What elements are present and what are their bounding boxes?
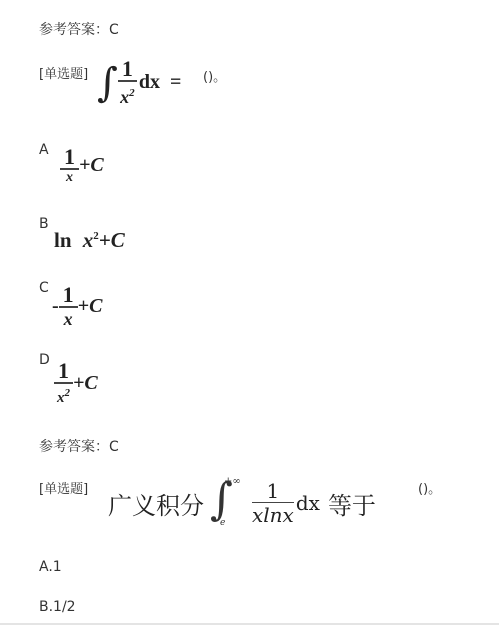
option-c-formula[interactable]: - 1x +C <box>52 284 102 330</box>
answer-blank: ()。 <box>203 66 226 85</box>
option-a[interactable]: A.1 <box>39 559 62 575</box>
question-stem-formula: 广义积分 ∫ +∞ e 1 xlnx dx 等于 <box>108 478 376 528</box>
option-b[interactable]: B.1/2 <box>39 599 76 615</box>
question-type-tag: [单选题] <box>39 63 88 82</box>
option-b-formula[interactable]: ln x2+C <box>54 228 125 253</box>
answer-blank: ()。 <box>418 478 441 497</box>
reference-answer: 参考答案：C <box>39 436 119 456</box>
integral-sign: ∫ <box>97 63 118 103</box>
reference-answer: 参考答案：C <box>39 19 119 39</box>
option-letter-b: B <box>39 216 49 232</box>
fraction: 1 x2 <box>118 58 137 108</box>
option-letter-c: C <box>39 280 49 296</box>
question-stem-formula: ∫ 1 x2 dx = <box>97 58 181 108</box>
upper-limit: +∞ <box>224 476 241 487</box>
option-d-formula[interactable]: 1x2 +C <box>54 360 98 407</box>
lower-limit: e <box>220 518 225 528</box>
option-a-formula[interactable]: 1x +C <box>60 146 104 186</box>
question-type-tag: [单选题] <box>39 478 88 497</box>
divider <box>0 623 499 625</box>
option-letter-a: A <box>39 142 49 158</box>
option-letter-d: D <box>39 352 50 368</box>
